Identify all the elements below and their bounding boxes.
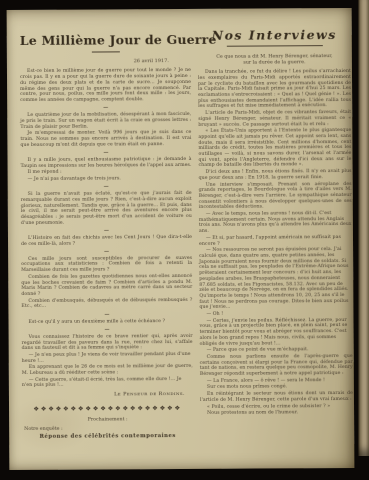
subtitle-line-2: sur la durée de la guerre. [198, 60, 351, 67]
paragraph-separator: — [21, 248, 192, 256]
paragraph: — Avec le temps, nous les aurons ! nous … [199, 211, 352, 235]
paragraph: « Poilu, cesse d'écrire, ou le crime de … [200, 404, 353, 411]
paragraph: Une interview s'imposait. Prenant son aé… [199, 182, 352, 211]
paragraph: L'Histoire en fait des chichis avec les … [21, 235, 192, 247]
paragraph: L'article de Paris-Midi, objet de ces vi… [198, 110, 351, 128]
paragraph-separator: — [21, 227, 192, 235]
paragraph: Dans la tranchée, ce fut du délire ! Les… [198, 69, 351, 110]
article-date: 26 avril 1917. [20, 58, 169, 65]
title-underline [226, 45, 322, 47]
paragraph: — Parce que ce point de vue m'échappait. [200, 347, 353, 354]
paragraph: Est-ce qu'il y aura un deuxième mille à … [21, 319, 192, 326]
left-article-title: Le Millième Jour de Guerre [20, 33, 191, 48]
paragraph: — Je n'en peux plus ! Je viens de voir t… [22, 352, 193, 364]
left-article-body: Est-ce bien le millième jour de guerre p… [20, 68, 193, 389]
article-signature: Le Penseur de Rondins. [22, 391, 185, 399]
scanned-page-view: Le Millième Jour de Guerre 26 avril 1917… [0, 0, 369, 480]
announcement-survey: Notre enquête : [24, 426, 193, 433]
right-article-body: Dans la tranchée, ce fut du délire ! Les… [198, 69, 353, 417]
paragraph: Est-ce bien le millième jour de guerre p… [20, 68, 191, 103]
paragraph: En apprenant que le 26 de ce mois est le… [22, 364, 193, 376]
paragraph: — Certes, j'envie les poilus. Réfléchiss… [199, 318, 352, 347]
ornament-row: ❖❖❖❖❖❖❖❖❖❖❖❖❖❖❖❖❖❖❖❖ [22, 404, 193, 413]
paragraph: D'ici deux ans ! Enfin, nous étions fixé… [199, 169, 352, 181]
adjacent-page-edge [358, 0, 369, 456]
paragraph: Comme nous parlions ensuite de l'après-g… [200, 354, 353, 378]
paragraph: — Nos ressources ne seront pas épuisées … [199, 247, 352, 311]
paragraph: En réintégrant le secteur nous étions do… [200, 391, 353, 403]
announcement-soon: Prochainement : [22, 417, 193, 424]
paragraph-separator: — [21, 311, 192, 319]
paragraph: Vous connaissez l'histoire de ce brave r… [22, 334, 193, 352]
right-article: Nos Interviews Ce que nous a dit M. Henr… [198, 28, 353, 418]
paragraph: — Je n'ai pas davantage de trois jours. [21, 176, 192, 183]
paragraph-separator: — [22, 326, 193, 334]
paragraph-separator: — [20, 149, 191, 157]
newspaper-page: Le Millième Jour de Guerre 26 avril 1917… [7, 8, 355, 470]
paragraph: Combien d'embusqués, débusqués et de déb… [21, 298, 192, 310]
paragraph: — Oh ! [199, 311, 352, 318]
paragraph: — Cette guerre, s'était-il écrié, très l… [22, 377, 193, 389]
paragraph: « Les États-Unis apportent à l'Entente l… [198, 128, 351, 169]
paragraph: Il y a mille jours, quel enthousiasme pa… [21, 157, 192, 169]
paragraph: — La France, alors — ô rêve ! — sera le … [200, 378, 353, 385]
title-rule [91, 51, 119, 53]
paragraph: Ces mille jours sont susceptibles de pro… [21, 256, 192, 274]
paragraph: Combien de fois les gazettes quotidienne… [21, 274, 192, 298]
left-article: Le Millième Jour de Guerre 26 avril 1917… [20, 33, 193, 441]
paragraph: Sur ces mots nous prîmes congé. [200, 384, 353, 391]
article-subtitle: Ce que nous a dit M. Henry Bérenger, sén… [198, 54, 351, 67]
paragraph: Si la guerre n'avait pas éclaté, qu'est-… [21, 191, 192, 226]
announcement-title: Réponse des célébrités contemporaines [22, 433, 193, 441]
paragraph: Je m'empressai de monter. Voilà 996 jour… [20, 130, 191, 148]
paragraph: Le quatrième jour de la mobilisation, dé… [20, 112, 191, 130]
paragraph-separator: — [21, 183, 192, 191]
paragraph: — Et si, par hasard, l'appoint américain… [199, 235, 352, 247]
paragraph: Il me répond : [21, 169, 192, 176]
paragraph-separator: — [20, 104, 191, 112]
right-article-title: Nos Interviews [198, 28, 351, 43]
paragraph: Nous protestons au nom de l'humour. [200, 410, 353, 417]
